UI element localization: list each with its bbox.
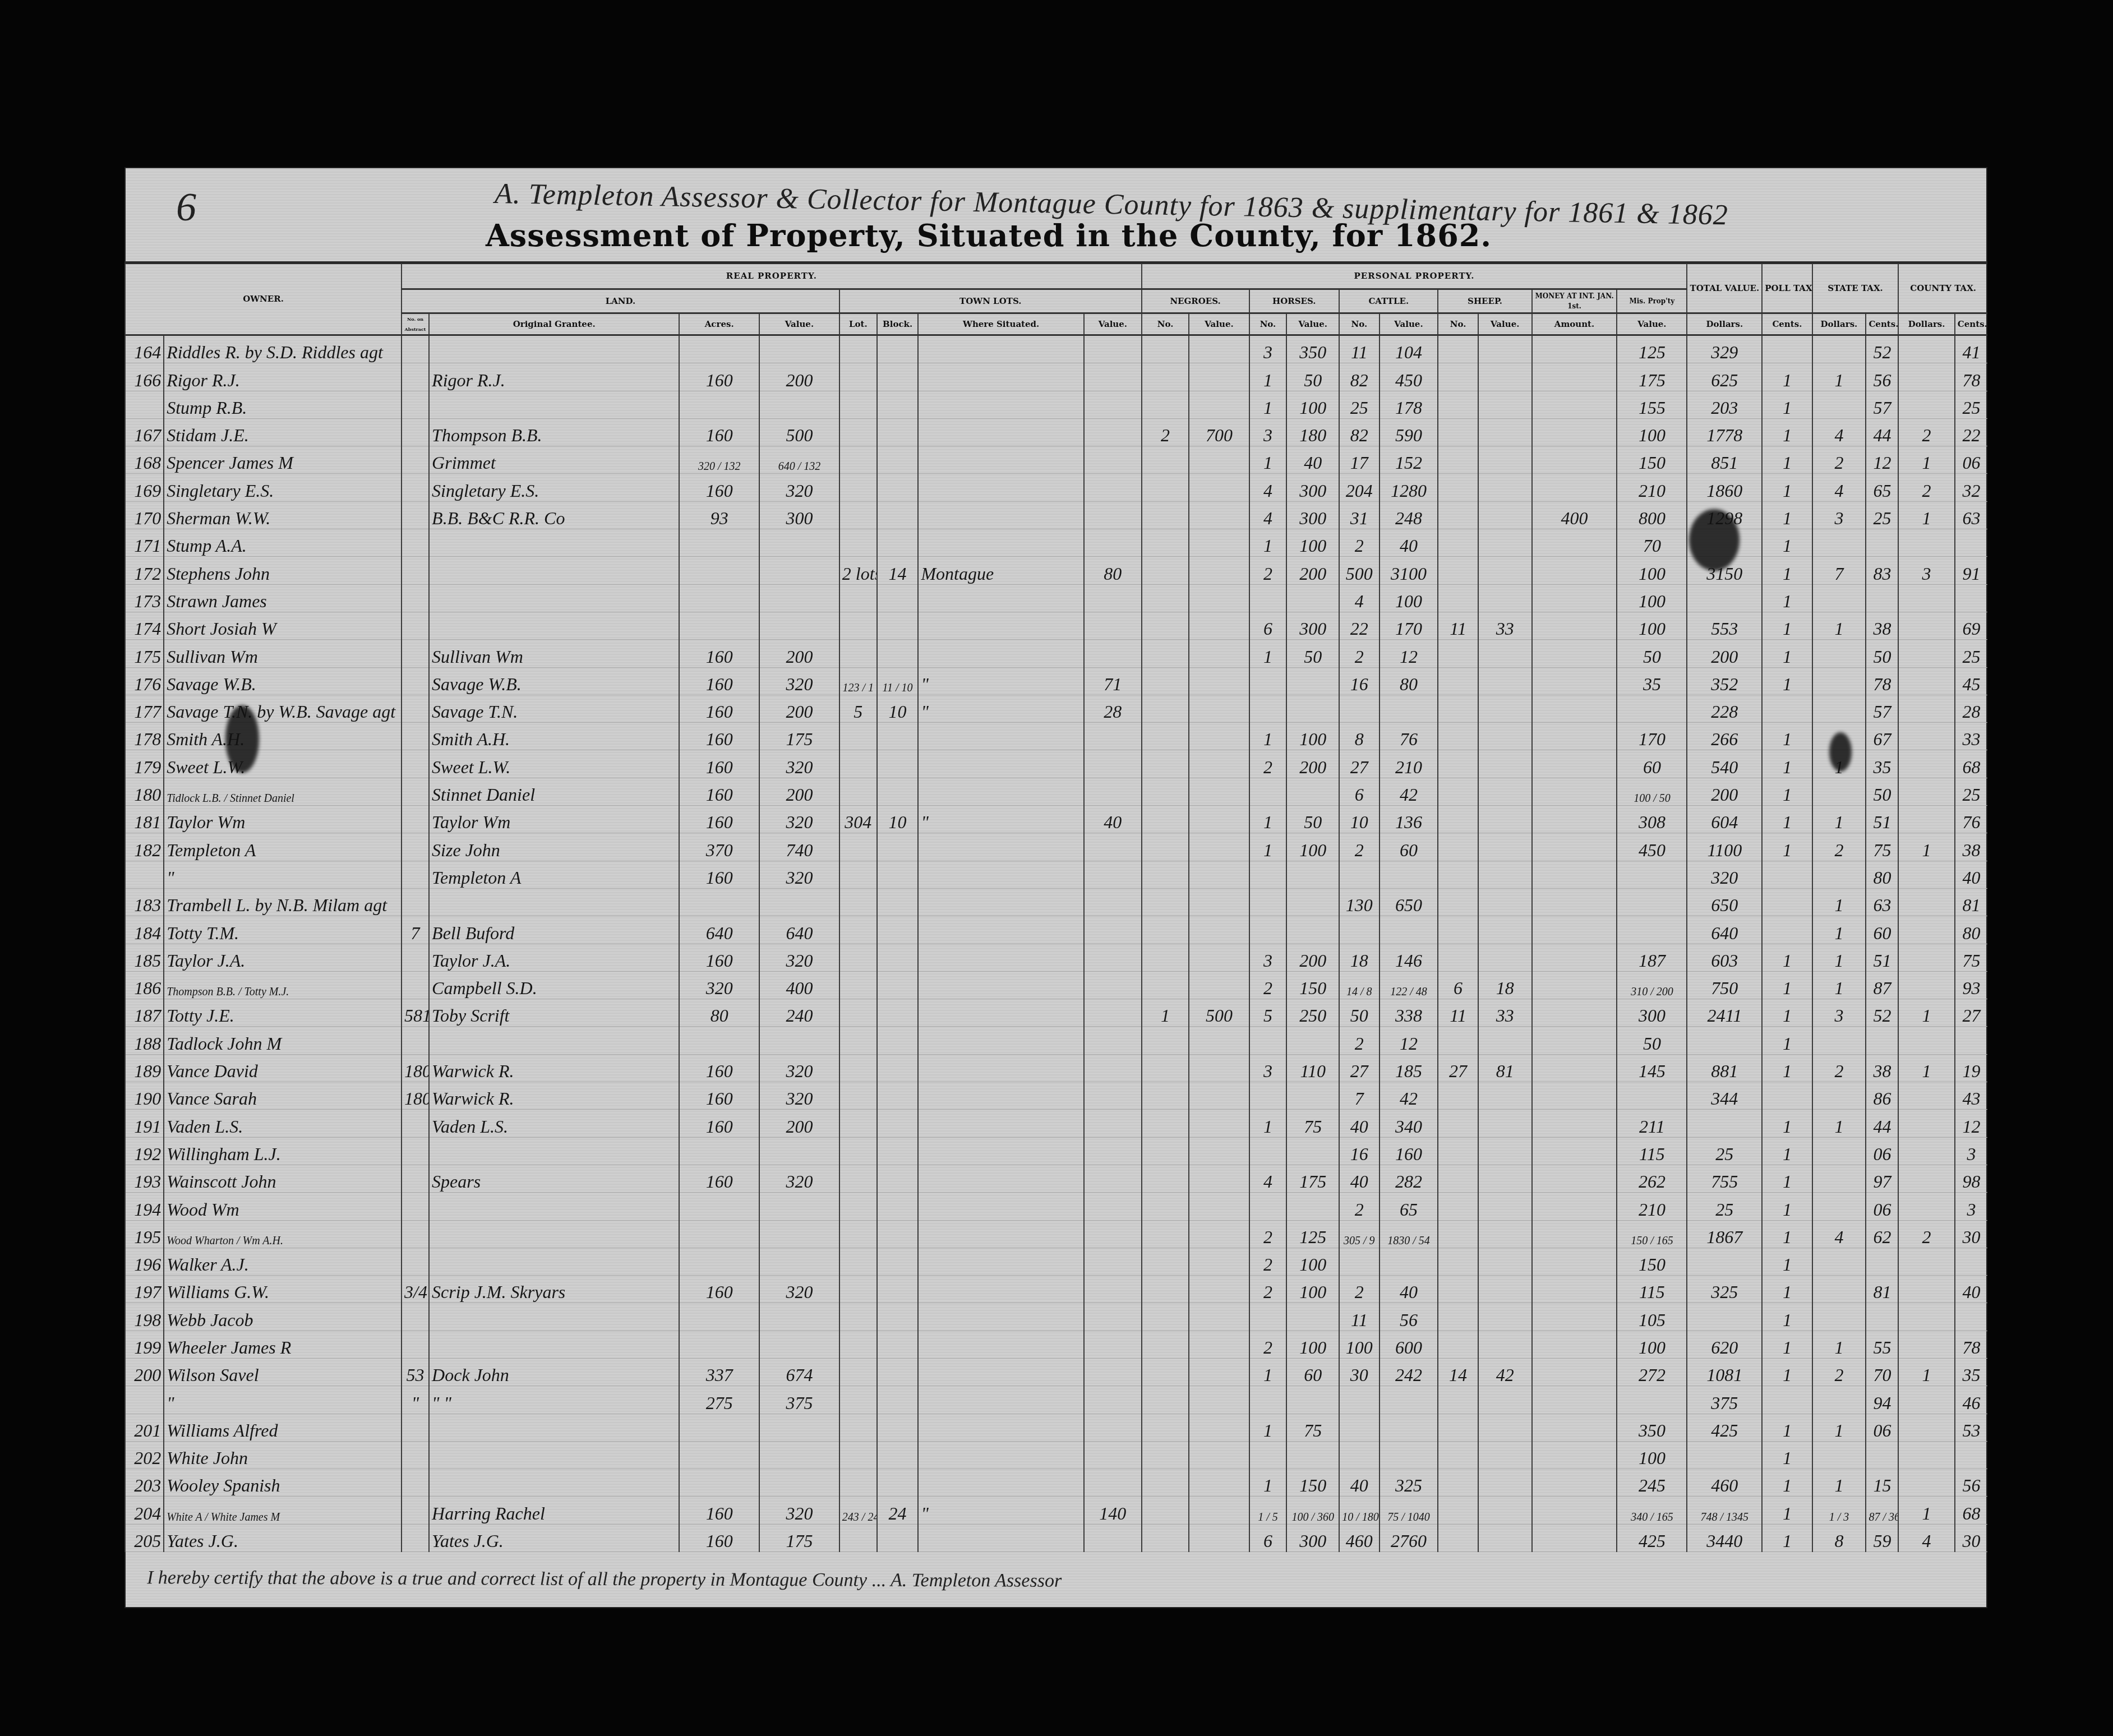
sheep-value (1478, 335, 1532, 363)
original-grantee: Warwick R. (429, 1054, 679, 1082)
lot (839, 1276, 877, 1303)
state-tax-dollars (1812, 1386, 1866, 1414)
row-number: 184 (125, 916, 164, 944)
table-row: 194Wood Wm265210251063 (125, 1193, 1987, 1220)
original-grantee (429, 1414, 679, 1441)
county-tax-dollars (1898, 1441, 1954, 1469)
land-value (759, 1331, 839, 1358)
money-amount (1532, 723, 1617, 750)
lot (839, 1331, 877, 1358)
block (877, 750, 919, 778)
cattle-value: 42 (1380, 1082, 1438, 1110)
owner-name: Stidam J.E. (164, 418, 402, 446)
row-number: 185 (125, 944, 164, 971)
county-tax-cents: 78 (1955, 1331, 1987, 1358)
row-number: 173 (125, 584, 164, 612)
negroes-value (1189, 391, 1249, 418)
county-tax-cents: 40 (1955, 861, 1987, 888)
county-tax-dollars (1898, 806, 1954, 833)
lot-value (1084, 1414, 1142, 1441)
cattle-no-header: No. (1339, 313, 1379, 335)
total-value: 352 (1687, 667, 1762, 695)
cattle-no (1339, 861, 1379, 888)
block (877, 1220, 919, 1248)
sheep-value (1478, 916, 1532, 944)
abstract-no: 53 (402, 1358, 429, 1386)
money-amount (1532, 944, 1617, 971)
negroes-value (1189, 1497, 1249, 1524)
state-tax-cents (1866, 1027, 1898, 1054)
abstract-no (402, 1524, 429, 1552)
original-grantee-header: Original Grantee. (429, 313, 679, 335)
block (877, 916, 919, 944)
county-tax-cents: 46 (1955, 1386, 1987, 1414)
sheep-no (1438, 695, 1478, 722)
state-tax-dollars (1812, 584, 1866, 612)
poll-tax: 1 (1762, 999, 1812, 1027)
where-situated (918, 778, 1084, 805)
negroes-no (1142, 1358, 1189, 1386)
table-row: 200Wilson Savel53Dock John33767416030242… (125, 1358, 1987, 1386)
misc-value: 210 (1617, 474, 1687, 501)
poll-tax: 1 (1762, 529, 1812, 557)
abstract-no (402, 1331, 429, 1358)
cattle-no: 30 (1339, 1358, 1379, 1386)
money-amount (1532, 695, 1617, 722)
sheep-no (1438, 888, 1478, 916)
misc-value: 150 (1617, 446, 1687, 474)
county-tax-dollars (1898, 861, 1954, 888)
table-row: 193Wainscott JohnSpears16032041754028226… (125, 1165, 1987, 1192)
sheep-value (1478, 1524, 1532, 1552)
money-amount (1532, 1027, 1617, 1054)
sheep-no (1438, 944, 1478, 971)
abstract-no: 3/4 (402, 1276, 429, 1303)
lot (839, 363, 877, 391)
owner-name: Wainscott John (164, 1165, 402, 1192)
abstract-no (402, 1110, 429, 1137)
cattle-no: 10 / 180 (1339, 1497, 1379, 1524)
negroes-value (1189, 1027, 1249, 1054)
sheep-no (1438, 474, 1478, 501)
sheep-value (1478, 1441, 1532, 1469)
total-value: 625 (1687, 363, 1762, 391)
abstract-no (402, 1193, 429, 1220)
lot (839, 1165, 877, 1192)
cattle-value (1380, 695, 1438, 722)
poll-tax: 1 (1762, 363, 1812, 391)
horses-value: 75 (1286, 1110, 1339, 1137)
county-tax-dollars (1898, 1386, 1954, 1414)
acres (679, 557, 759, 584)
state-tax-dollars (1812, 1441, 1866, 1469)
poll-tax: 1 (1762, 446, 1812, 474)
block (877, 944, 919, 971)
negroes-no (1142, 1414, 1189, 1441)
horses-no (1249, 1441, 1287, 1469)
state-tax-cents: 44 (1866, 1110, 1898, 1137)
county-tax-dollars (1898, 1027, 1954, 1054)
lot (839, 418, 877, 446)
negroes-value (1189, 1276, 1249, 1303)
cattle-value (1380, 1414, 1438, 1441)
block: 11 / 10 (877, 667, 919, 695)
acres: 337 (679, 1358, 759, 1386)
state-tax-cents: 97 (1866, 1165, 1898, 1192)
total-value: 203 (1687, 391, 1762, 418)
money-amount (1532, 1110, 1617, 1137)
lot (839, 474, 877, 501)
lot-value (1084, 723, 1142, 750)
negroes-no (1142, 501, 1189, 529)
horses-header: HORSES. (1249, 289, 1340, 313)
original-grantee (429, 391, 679, 418)
total-value: 603 (1687, 944, 1762, 971)
lot-value (1084, 778, 1142, 805)
negroes-no (1142, 1027, 1189, 1054)
acres (679, 1193, 759, 1220)
block (877, 418, 919, 446)
original-grantee (429, 888, 679, 916)
where-situated (918, 944, 1084, 971)
abstract-no (402, 667, 429, 695)
land-value (759, 1248, 839, 1275)
county-tax-dollars (1898, 944, 1954, 971)
row-number: 175 (125, 640, 164, 667)
cattle-no: 4 (1339, 584, 1379, 612)
horses-no (1249, 1303, 1287, 1331)
horses-value: 50 (1286, 363, 1339, 391)
ink-blot (1689, 509, 1740, 571)
sheep-value (1478, 1110, 1532, 1137)
cattle-no (1339, 1441, 1379, 1469)
abstract-no: 180 (402, 1054, 429, 1082)
negroes-no (1142, 1469, 1189, 1497)
county-tax-dollars (1898, 1276, 1954, 1303)
lot-value (1084, 971, 1142, 999)
total-value: 325 (1687, 1276, 1762, 1303)
lot (839, 750, 877, 778)
sheep-no (1438, 1137, 1478, 1165)
owner-name: Yates J.G. (164, 1524, 402, 1552)
state-tax-cents: 67 (1866, 723, 1898, 750)
lot-value (1084, 1054, 1142, 1082)
county-cents-header: Cents. (1955, 313, 1987, 335)
state-tax-dollars (1812, 778, 1866, 805)
sheep-value (1478, 723, 1532, 750)
acres (679, 1220, 759, 1248)
horses-value: 100 (1286, 529, 1339, 557)
poll-tax: 1 (1762, 1358, 1812, 1386)
negroes-no (1142, 1497, 1189, 1524)
acres: 320 / 132 (679, 446, 759, 474)
owner-name: Vance David (164, 1054, 402, 1082)
negroes-value (1189, 778, 1249, 805)
misc-value: 60 (1617, 750, 1687, 778)
ledger-page: 6 A. Templeton Assessor & Collector for … (124, 167, 1987, 1608)
lot: 123 / 1 (839, 667, 877, 695)
county-tax-dollars (1898, 750, 1954, 778)
cattle-no (1339, 695, 1379, 722)
sheep-value: 42 (1478, 1358, 1532, 1386)
block (877, 1082, 919, 1110)
lot-value (1084, 640, 1142, 667)
table-row: 164Riddles R. by S.D. Riddles agt3350111… (125, 335, 1987, 363)
row-number: 179 (125, 750, 164, 778)
row-number: 195 (125, 1220, 164, 1248)
total-value: 755 (1687, 1165, 1762, 1192)
county-tax-dollars: 1 (1898, 1054, 1954, 1082)
negroes-value (1189, 1358, 1249, 1386)
county-tax-dollars: 1 (1898, 999, 1954, 1027)
acres: 160 (679, 723, 759, 750)
where-situated (918, 1303, 1084, 1331)
misc-value: 105 (1617, 1303, 1687, 1331)
state-tax-dollars: 2 (1812, 833, 1866, 861)
table-row: 176Savage W.B.Savage W.B.160320123 / 111… (125, 667, 1987, 695)
land-value (759, 1414, 839, 1441)
sheep-value (1478, 695, 1532, 722)
horses-value: 175 (1286, 1165, 1339, 1192)
negroes-no (1142, 695, 1189, 722)
acres: 160 (679, 806, 759, 833)
lot-value (1084, 944, 1142, 971)
owner-name: White John (164, 1441, 402, 1469)
cattle-no (1339, 1248, 1379, 1275)
cattle-value: 600 (1380, 1331, 1438, 1358)
total-value: 425 (1687, 1414, 1762, 1441)
cattle-value: 136 (1380, 806, 1438, 833)
negroes-value (1189, 474, 1249, 501)
horses-no: 1 (1249, 391, 1287, 418)
state-tax-dollars: 1 (1812, 1331, 1866, 1358)
poll-tax (1762, 695, 1812, 722)
negroes-no (1142, 1220, 1189, 1248)
state-tax-dollars: 3 (1812, 501, 1866, 529)
county-tax-dollars (1898, 1110, 1954, 1137)
row-number: 172 (125, 557, 164, 584)
money-header: MONEY AT INT. JAN. 1st. (1532, 289, 1617, 313)
state-tax-cents: 60 (1866, 916, 1898, 944)
block (877, 1276, 919, 1303)
acres: 160 (679, 1110, 759, 1137)
state-tax-cents: 57 (1866, 695, 1898, 722)
county-tax-cents: 30 (1955, 1524, 1987, 1552)
total-value: 881 (1687, 1054, 1762, 1082)
negroes-value (1189, 1441, 1249, 1469)
table-row: 204White A / White James MHarring Rachel… (125, 1497, 1987, 1524)
sheep-no (1438, 1414, 1478, 1441)
county-tax-dollars: 1 (1898, 833, 1954, 861)
land-value: 200 (759, 1110, 839, 1137)
sheep-header: SHEEP. (1438, 289, 1531, 313)
horses-value (1286, 778, 1339, 805)
row-number: 187 (125, 999, 164, 1027)
row-number: 171 (125, 529, 164, 557)
poll-tax: 1 (1762, 1524, 1812, 1552)
poll-tax: 1 (1762, 391, 1812, 418)
sheep-value: 33 (1478, 999, 1532, 1027)
misc-value: 50 (1617, 640, 1687, 667)
county-tax-dollars (1898, 391, 1954, 418)
negroes-no (1142, 557, 1189, 584)
lot-header: Lot. (839, 313, 877, 335)
horses-no: 2 (1249, 750, 1287, 778)
horses-no: 1 (1249, 1110, 1287, 1137)
state-tax-cents: 51 (1866, 944, 1898, 971)
county-tax-dollars (1898, 1414, 1954, 1441)
horses-no (1249, 861, 1287, 888)
horses-value: 110 (1286, 1054, 1339, 1082)
horses-no (1249, 584, 1287, 612)
row-number: 200 (125, 1358, 164, 1386)
money-amount (1532, 1331, 1617, 1358)
total-value (1687, 1441, 1762, 1469)
lot-value (1084, 888, 1142, 916)
state-tax-cents: 44 (1866, 418, 1898, 446)
sheep-no (1438, 1248, 1478, 1275)
sheep-value (1478, 1303, 1532, 1331)
state-tax-cents: 50 (1866, 778, 1898, 805)
state-tax-cents: 12 (1866, 446, 1898, 474)
original-grantee: Savage W.B. (429, 667, 679, 695)
misc-value: 150 (1617, 1248, 1687, 1275)
sheep-value (1478, 529, 1532, 557)
misc-value: 125 (1617, 335, 1687, 363)
where-situated (918, 640, 1084, 667)
state-tax-cents: 52 (1866, 999, 1898, 1027)
lot (839, 529, 877, 557)
county-tax-cents: 63 (1955, 501, 1987, 529)
money-amount (1532, 1082, 1617, 1110)
misc-value: 145 (1617, 1054, 1687, 1082)
acres (679, 612, 759, 639)
where-situated: " (918, 806, 1084, 833)
land-value: 500 (759, 418, 839, 446)
negroes-no: 1 (1142, 999, 1189, 1027)
block (877, 335, 919, 363)
original-grantee: Taylor Wm (429, 806, 679, 833)
county-tax-cents: 80 (1955, 916, 1987, 944)
where-situated (918, 1220, 1084, 1248)
ink-blot (225, 705, 259, 773)
lot (839, 612, 877, 639)
county-tax-cents: 28 (1955, 695, 1987, 722)
abstract-no (402, 640, 429, 667)
negroes-no-header: No. (1142, 313, 1189, 335)
total-value (1687, 1303, 1762, 1331)
block (877, 971, 919, 999)
abstract-no (402, 418, 429, 446)
where-situated (918, 446, 1084, 474)
money-amount (1532, 335, 1617, 363)
where-situated (918, 1193, 1084, 1220)
acres: 640 (679, 916, 759, 944)
abstract-no (402, 1497, 429, 1524)
lot (839, 335, 877, 363)
land-value: 400 (759, 971, 839, 999)
horses-value (1286, 584, 1339, 612)
table-row: """ "2753753759446 (125, 1386, 1987, 1414)
land-value: 740 (759, 833, 839, 861)
poll-tax: 1 (1762, 1137, 1812, 1165)
owner-name: Webb Jacob (164, 1303, 402, 1331)
land-value (759, 1193, 839, 1220)
horses-no (1249, 1027, 1287, 1054)
original-grantee: Dock John (429, 1358, 679, 1386)
block (877, 1524, 919, 1552)
money-amount (1532, 778, 1617, 805)
abstract-no (402, 474, 429, 501)
cattle-value: 1280 (1380, 474, 1438, 501)
state-tax-cents: 50 (1866, 640, 1898, 667)
owner-name: Totty T.M. (164, 916, 402, 944)
table-row: 177Savage T.N. by W.B. Savage agtSavage … (125, 695, 1987, 722)
county-tax-dollars: 1 (1898, 1497, 1954, 1524)
cattle-value: 3100 (1380, 557, 1438, 584)
state-tax-dollars: 3 (1812, 999, 1866, 1027)
sheep-no (1438, 335, 1478, 363)
where-situated (918, 1082, 1084, 1110)
acres: 93 (679, 501, 759, 529)
cattle-value: 40 (1380, 1276, 1438, 1303)
lot (839, 1524, 877, 1552)
state-tax-dollars (1812, 695, 1866, 722)
state-tax-cents (1866, 584, 1898, 612)
poll-tax: 1 (1762, 1027, 1812, 1054)
acres (679, 1303, 759, 1331)
owner-name: Wilson Savel (164, 1358, 402, 1386)
block: 10 (877, 806, 919, 833)
negroes-value (1189, 335, 1249, 363)
cattle-value (1380, 916, 1438, 944)
abstract-no (402, 1137, 429, 1165)
land-value (759, 1137, 839, 1165)
table-row: 196Walker A.J.21001501 (125, 1248, 1987, 1275)
state-tax-dollars (1812, 1082, 1866, 1110)
abstract-no (402, 778, 429, 805)
negroes-value (1189, 723, 1249, 750)
total-value (1687, 1110, 1762, 1137)
where-situated (918, 363, 1084, 391)
misc-value: 115 (1617, 1276, 1687, 1303)
cattle-no: 82 (1339, 418, 1379, 446)
block (877, 1027, 919, 1054)
original-grantee: Harring Rachel (429, 1497, 679, 1524)
horses-no: 2 (1249, 1331, 1287, 1358)
lot: 243 / 244 (839, 1497, 877, 1524)
state-tax-dollars: 1 (1812, 1469, 1866, 1497)
cattle-value: 185 (1380, 1054, 1438, 1082)
total-value: 200 (1687, 640, 1762, 667)
state-tax-dollars (1812, 1276, 1866, 1303)
county-tax-header: COUNTY TAX. (1898, 264, 1987, 313)
acres (679, 1137, 759, 1165)
acres: 160 (679, 1054, 759, 1082)
lot-value (1084, 418, 1142, 446)
owner-name: Singletary E.S. (164, 474, 402, 501)
negroes-value (1189, 363, 1249, 391)
where-situated (918, 833, 1084, 861)
sheep-no (1438, 363, 1478, 391)
total-value (1687, 584, 1762, 612)
cattle-no: 16 (1339, 1137, 1379, 1165)
lot-value (1084, 1137, 1142, 1165)
lot-value (1084, 335, 1142, 363)
state-tax-dollars (1812, 529, 1866, 557)
original-grantee: Templeton A (429, 861, 679, 888)
cattle-no: 16 (1339, 667, 1379, 695)
